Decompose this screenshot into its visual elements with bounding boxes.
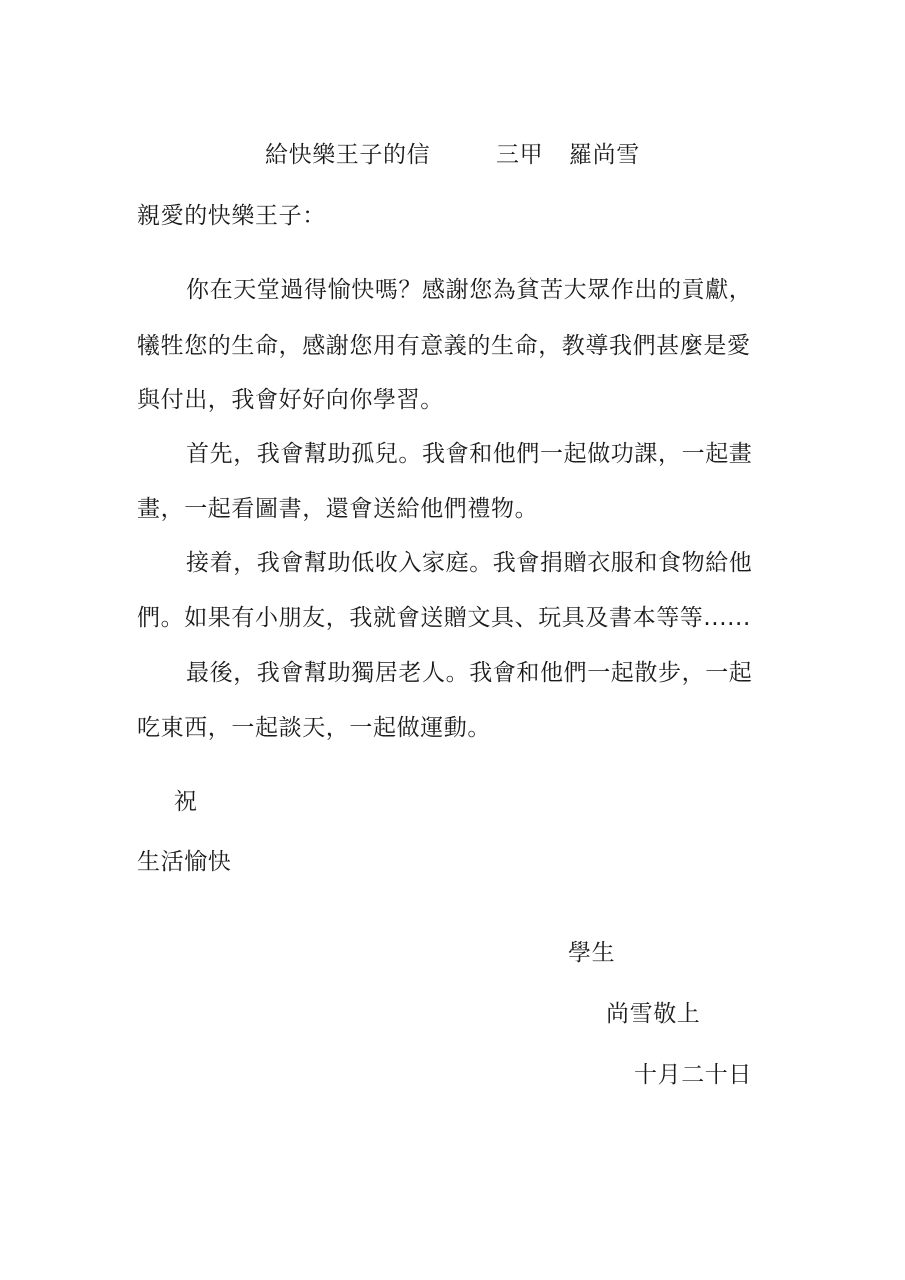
author-name: 羅尚雪 [569,140,640,170]
paragraph-2-line-1: 首先，我會幫助孤兒。我會和他們一起做功課，一起畫 [186,439,752,469]
closing-wish-content: 生活愉快 [137,847,231,877]
paragraph-1-line-1: 你在天堂過得愉快嗎？感謝您為貧苦大眾作出的貢獻， [186,275,752,305]
signature-name: 尚雪敬上 [606,999,700,1029]
paragraph-4-line-2: 吃東西，一起談天，一起做運動。 [137,713,491,743]
paragraph-4-line-1: 最後，我會幫助獨居老人。我會和他們一起散步，一起 [186,658,752,688]
letter-page: 給快樂王子的信 三甲 羅尚雪 親愛的快樂王子： 你在天堂過得愉快嗎？感謝您為貧苦… [0,0,905,1280]
signature-date: 十月二十日 [634,1060,752,1090]
closing-wish: 祝 [174,787,198,817]
salutation: 親愛的快樂王子： [137,201,326,231]
signature-role: 學生 [568,938,615,968]
paragraph-3-line-1: 接着，我會幫助低收入家庭。我會捐贈衣服和食物給他 [186,548,752,578]
paragraph-1-line-3: 與付出，我會好好向你學習。 [137,385,444,415]
paragraph-3-line-2: 們。如果有小朋友，我就會送贈文具、玩具及書本等等...... [137,603,751,633]
student-class: 三甲 [496,140,543,170]
paragraph-2-line-2: 畫，一起看圖書，還會送給他們禮物。 [137,494,538,524]
letter-title: 給快樂王子的信 [265,140,430,170]
paragraph-1-line-2: 犧牲您的生命，感謝您用有意義的生命，教導我們甚麼是愛 [137,331,751,361]
